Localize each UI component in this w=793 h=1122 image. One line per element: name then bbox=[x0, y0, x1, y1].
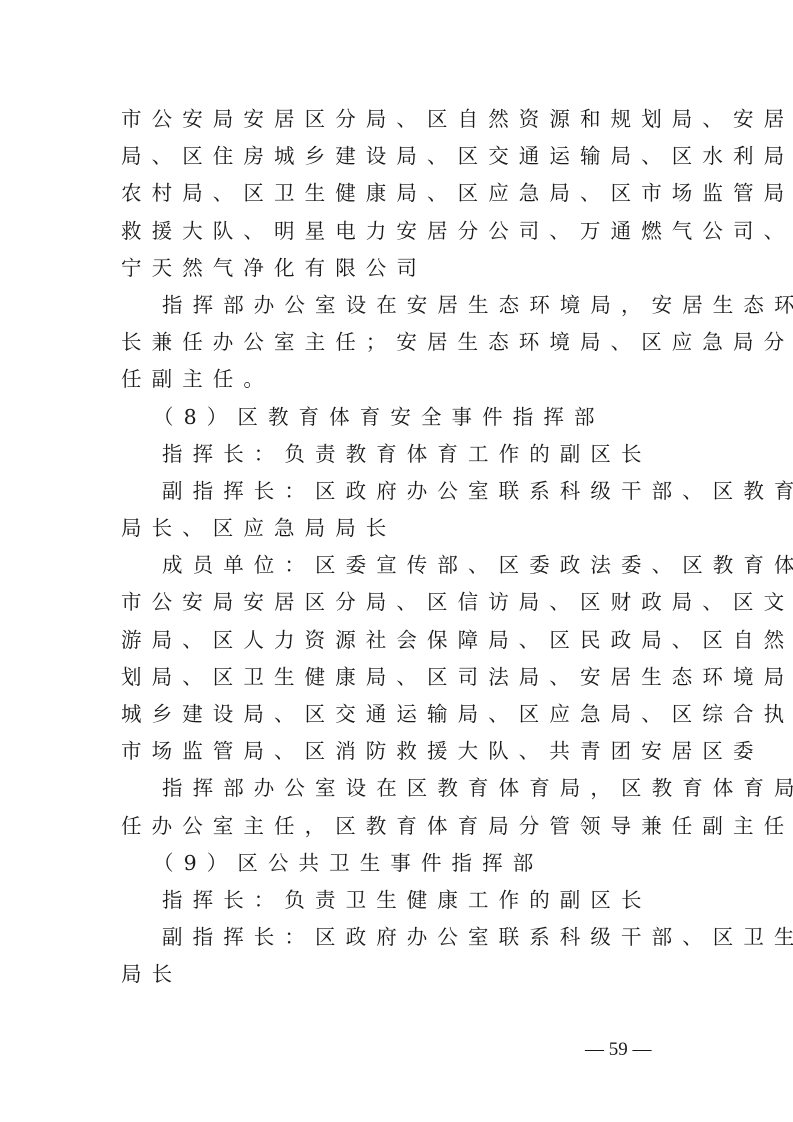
paragraph-line: 指挥部办公室设在区教育体育局，区教育体育局局长兼 bbox=[121, 770, 681, 807]
paragraph-line: 局长 bbox=[121, 956, 681, 993]
paragraph-line: 宁天然气净化有限公司 bbox=[121, 250, 681, 287]
document-page: 市公安局安居区分局、区自然资源和规划局、安居生态环境 局、区住房城乡建设局、区交… bbox=[0, 0, 793, 1122]
paragraph-line: 市场监管局、区消防救援大队、共青团安居区委 bbox=[121, 733, 681, 770]
paragraph-line: 市公安局安居区分局、区自然资源和规划局、安居生态环境 bbox=[121, 101, 681, 138]
paragraph-line: 划局、区卫生健康局、区司法局、安居生态环境局、区住房 bbox=[121, 659, 681, 696]
paragraph-line: 副指挥长：区政府办公室联系科级干部、区卫生健康局 bbox=[121, 919, 681, 956]
paragraph-line: 游局、区人力资源社会保障局、区民政局、区自然资源和规 bbox=[121, 622, 681, 659]
paragraph-line: 城乡建设局、区交通运输局、区应急局、区综合执法局、区 bbox=[121, 696, 681, 733]
paragraph-line: 救援大队、明星电力安居分公司、万通燃气公司、中石油遂 bbox=[121, 213, 681, 250]
paragraph-line: 任办公室主任，区教育体育局分管领导兼任副主任。 bbox=[121, 808, 681, 845]
page-number: — 59 — bbox=[585, 1039, 652, 1061]
document-body: 市公安局安居区分局、区自然资源和规划局、安居生态环境 局、区住房城乡建设局、区交… bbox=[121, 101, 681, 994]
section-heading: （9）区公共卫生事件指挥部 bbox=[121, 845, 681, 882]
paragraph-line: 成员单位：区委宣传部、区委政法委、区教育体育局、 bbox=[121, 547, 681, 584]
paragraph-line: 任副主任。 bbox=[121, 361, 681, 398]
paragraph-line: 长兼任办公室主任；安居生态环境局、区应急局分管领导兼 bbox=[121, 324, 681, 361]
paragraph-line: 局、区住房城乡建设局、区交通运输局、区水利局、区农业 bbox=[121, 138, 681, 175]
section-heading: （8）区教育体育安全事件指挥部 bbox=[121, 399, 681, 436]
paragraph-line: 副指挥长：区政府办公室联系科级干部、区教育体育局 bbox=[121, 473, 681, 510]
paragraph-line: 指挥长：负责卫生健康工作的副区长 bbox=[121, 882, 681, 919]
paragraph-line: 指挥部办公室设在安居生态环境局，安居生态环境局局 bbox=[121, 287, 681, 324]
paragraph-line: 农村局、区卫生健康局、区应急局、区市场监管局、区消防 bbox=[121, 175, 681, 212]
paragraph-line: 局长、区应急局局长 bbox=[121, 510, 681, 547]
paragraph-line: 市公安局安居区分局、区信访局、区财政局、区文化广电旅 bbox=[121, 584, 681, 621]
paragraph-line: 指挥长：负责教育体育工作的副区长 bbox=[121, 436, 681, 473]
